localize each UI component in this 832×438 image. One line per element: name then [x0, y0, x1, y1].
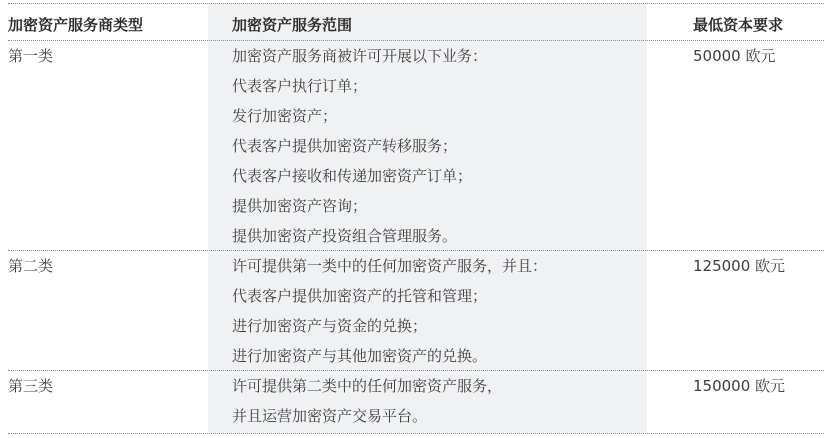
header-provider-type: 加密资产服务商类型 — [8, 4, 208, 40]
minimum-capital-cell: 150000 欧元 — [647, 371, 824, 433]
scope-line: 代表客户提供加密资产转移服务； — [232, 131, 647, 161]
scope-line: 提供加密资产投资组合管理服务。 — [232, 221, 647, 251]
scope-line: 提供加密资产咨询； — [232, 191, 647, 221]
scope-line: 代表客户提供加密资产的托管和管理； — [232, 281, 647, 311]
scope-line: 代表客户执行订单； — [232, 71, 647, 101]
header-minimum-capital: 最低资本要求 — [647, 4, 824, 40]
table-row: 第一类 加密资产服务商被许可开展以下业务： 代表客户执行订单； 发行加密资产； … — [8, 40, 824, 250]
scope-line: 许可提供第二类中的任何加密资产服务， — [232, 371, 647, 401]
service-scope-cell: 加密资产服务商被许可开展以下业务： 代表客户执行订单； 发行加密资产； 代表客户… — [208, 41, 647, 250]
crypto-service-provider-table: 加密资产服务商类型 加密资产服务范围 最低资本要求 第一类 加密资产服务商被许可… — [8, 3, 824, 434]
provider-type-cell: 第三类 — [8, 371, 208, 433]
table-row: 第三类 许可提供第二类中的任何加密资产服务， 并且运营加密资产交易平台。 150… — [8, 370, 824, 434]
provider-type-cell: 第一类 — [8, 41, 208, 250]
scope-line: 并且运营加密资产交易平台。 — [232, 401, 647, 431]
scope-line: 加密资产服务商被许可开展以下业务： — [232, 41, 647, 71]
scope-line: 发行加密资产； — [232, 101, 647, 131]
table-row: 第二类 许可提供第一类中的任何加密资产服务，并且： 代表客户提供加密资产的托管和… — [8, 250, 824, 370]
scope-line: 许可提供第一类中的任何加密资产服务，并且： — [232, 251, 647, 281]
scope-line: 进行加密资产与其他加密资产的兑换。 — [232, 341, 647, 371]
table-header-row: 加密资产服务商类型 加密资产服务范围 最低资本要求 — [8, 3, 824, 40]
header-service-scope: 加密资产服务范围 — [208, 4, 647, 40]
provider-type-cell: 第二类 — [8, 251, 208, 370]
minimum-capital-cell: 125000 欧元 — [647, 251, 824, 370]
scope-line: 代表客户接收和传递加密资产订单； — [232, 161, 647, 191]
minimum-capital-cell: 50000 欧元 — [647, 41, 824, 250]
service-scope-cell: 许可提供第一类中的任何加密资产服务，并且： 代表客户提供加密资产的托管和管理； … — [208, 251, 647, 370]
scope-line: 进行加密资产与资金的兑换； — [232, 311, 647, 341]
service-scope-cell: 许可提供第二类中的任何加密资产服务， 并且运营加密资产交易平台。 — [208, 371, 647, 433]
